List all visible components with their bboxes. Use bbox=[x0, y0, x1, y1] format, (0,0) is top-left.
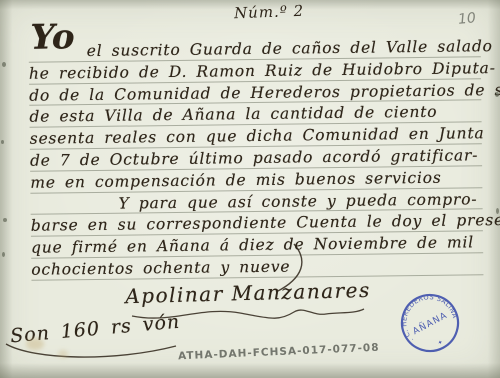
archive-stamp: A. C. HEREDEROS SALINAS AÑANA ✦ bbox=[385, 278, 474, 367]
paper-speck bbox=[1, 140, 4, 144]
svg-text:A. C. HEREDEROS SALINAS: A. C. HEREDEROS SALINAS bbox=[385, 278, 460, 347]
paper-speck bbox=[495, 92, 499, 97]
document-number-heading: Núm.º 2 bbox=[234, 2, 305, 22]
paper-speck bbox=[3, 218, 7, 222]
archive-reference-code: ATHA-DAH-FCHSA-017-077-08 bbox=[178, 342, 380, 363]
folio-number: 10 bbox=[457, 10, 476, 28]
stamp-center-text: AÑANA bbox=[411, 310, 450, 338]
paper-speck bbox=[2, 252, 5, 257]
drop-cap-initial: Yo bbox=[30, 26, 74, 49]
stamp-ring-text: A. C. HEREDEROS SALINAS bbox=[385, 278, 460, 347]
paper-speck bbox=[2, 62, 6, 67]
stamp-star-icon: ✦ bbox=[437, 339, 445, 348]
manuscript-line-text: el suscrito Guarda de caños del Valle sa… bbox=[87, 37, 493, 60]
paper-speck bbox=[496, 208, 499, 214]
amount-note-flourish bbox=[4, 340, 184, 364]
scanned-manuscript-page: Núm.º 2 10 Yo el suscrito Guarda de caño… bbox=[0, 0, 500, 378]
